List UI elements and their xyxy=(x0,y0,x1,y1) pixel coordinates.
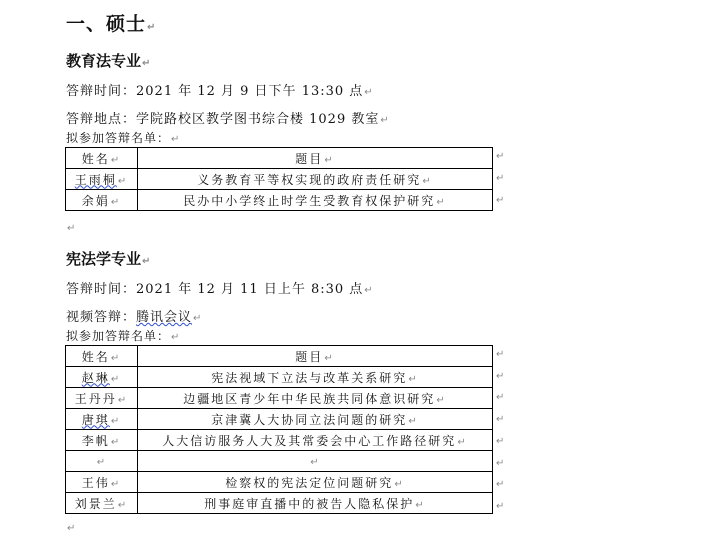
table-row: 王雨桐↵ 义务教育平等权实现的政府责任研究↵ xyxy=(66,169,493,190)
row-end-mark: ↵ xyxy=(496,151,504,162)
header-name: 姓名↵ xyxy=(66,148,138,169)
header-name: 姓名↵ xyxy=(66,346,138,367)
candidate-table-constitutional-law: 姓名↵ 题目↵ 赵琳↵ 宪法视域下立法与改革关系研究↵ 王丹丹↵ 边疆地区青少年… xyxy=(65,345,493,514)
cell-topic: 义务教育平等权实现的政府责任研究↵ xyxy=(138,169,493,190)
cell-topic: 民办中小学终止时学生受教育权保护研究↵ xyxy=(138,190,493,211)
candidate-table-education-law: 姓名↵ 题目↵ 王雨桐↵ 义务教育平等权实现的政府责任研究↵ 余娟↵ 民办中小学… xyxy=(65,147,493,211)
cell-topic: 京津冀人大协同立法问题的研究↵ xyxy=(138,409,493,430)
heading-masters: 一、硕士↵ xyxy=(66,9,156,36)
row-end-mark: ↵ xyxy=(496,479,504,490)
table-row: 李帆↵ 人大信访服务人大及其常委会中心工作路径研究↵ xyxy=(66,430,493,451)
table-header-row: 姓名↵ 题目↵ xyxy=(66,148,493,169)
cell-name: 王丹丹↵ xyxy=(66,388,138,409)
header-topic: 题目↵ xyxy=(138,148,493,169)
row-end-mark: ↵ xyxy=(496,349,504,360)
cell-name: 唐琪↵ xyxy=(66,409,138,430)
row-end-mark: ↵ xyxy=(496,195,504,206)
section-title-constitutional-law: 宪法学专业↵ xyxy=(66,248,150,269)
table-row: 王丹丹↵ 边疆地区青少年中华民族共同体意识研究↵ xyxy=(66,388,493,409)
defense-place: 答辩地点：学院路校区教学图书综合楼 1029 教室↵ xyxy=(66,108,390,127)
row-end-mark: ↵ xyxy=(496,414,504,425)
video-defense: 视频答辩：腾讯会议↵ xyxy=(66,306,202,325)
header-topic: 题目↵ xyxy=(138,346,493,367)
cell-name: 刘景兰↵ xyxy=(66,493,138,514)
table-header-row: 姓名↵ 题目↵ xyxy=(66,346,493,367)
cell-topic: 边疆地区青少年中华民族共同体意识研究↵ xyxy=(138,388,493,409)
cell-name: 赵琳↵ xyxy=(66,367,138,388)
row-end-mark: ↵ xyxy=(496,371,504,382)
cell-topic: 刑事庭审直播中的被告人隐私保护↵ xyxy=(138,493,493,514)
empty-paragraph-mark: ↵ xyxy=(67,223,75,234)
cell-name: 王伟↵ xyxy=(66,472,138,493)
table-row: 赵琳↵ 宪法视域下立法与改革关系研究↵ xyxy=(66,367,493,388)
cell-name: 王雨桐↵ xyxy=(66,169,138,190)
candidate-list-label: 拟参加答辩名单：↵ xyxy=(66,129,180,146)
table-row: 刘景兰↵ 刑事庭审直播中的被告人隐私保护↵ xyxy=(66,493,493,514)
row-end-mark: ↵ xyxy=(496,173,504,184)
table-row-empty: ↵ ↵ xyxy=(66,451,493,472)
row-end-mark: ↵ xyxy=(496,458,504,469)
table-row: 余娟↵ 民办中小学终止时学生受教育权保护研究↵ xyxy=(66,190,493,211)
cell-name: 李帆↵ xyxy=(66,430,138,451)
cell-topic: 检察权的宪法定位问题研究↵ xyxy=(138,472,493,493)
row-end-mark: ↵ xyxy=(496,392,504,403)
cell-topic: 人大信访服务人大及其常委会中心工作路径研究↵ xyxy=(138,430,493,451)
defense-time: 答辩时间：2021 年 12 月 9 日下午 13:30 点↵ xyxy=(66,80,374,99)
table-row: 唐琪↵ 京津冀人大协同立法问题的研究↵ xyxy=(66,409,493,430)
defense-time: 答辩时间：2021 年 12 月 11 日上午 8:30 点↵ xyxy=(66,278,374,297)
row-end-mark: ↵ xyxy=(496,436,504,447)
cell-topic: ↵ xyxy=(138,451,493,472)
cell-name: 余娟↵ xyxy=(66,190,138,211)
section-title-education-law: 教育法专业↵ xyxy=(66,50,150,71)
cell-topic: 宪法视域下立法与改革关系研究↵ xyxy=(138,367,493,388)
table-row: 王伟↵ 检察权的宪法定位问题研究↵ xyxy=(66,472,493,493)
candidate-list-label: 拟参加答辩名单：↵ xyxy=(66,327,180,344)
empty-paragraph-mark: ↵ xyxy=(67,523,75,534)
row-end-mark: ↵ xyxy=(496,501,504,512)
cell-name: ↵ xyxy=(66,451,138,472)
